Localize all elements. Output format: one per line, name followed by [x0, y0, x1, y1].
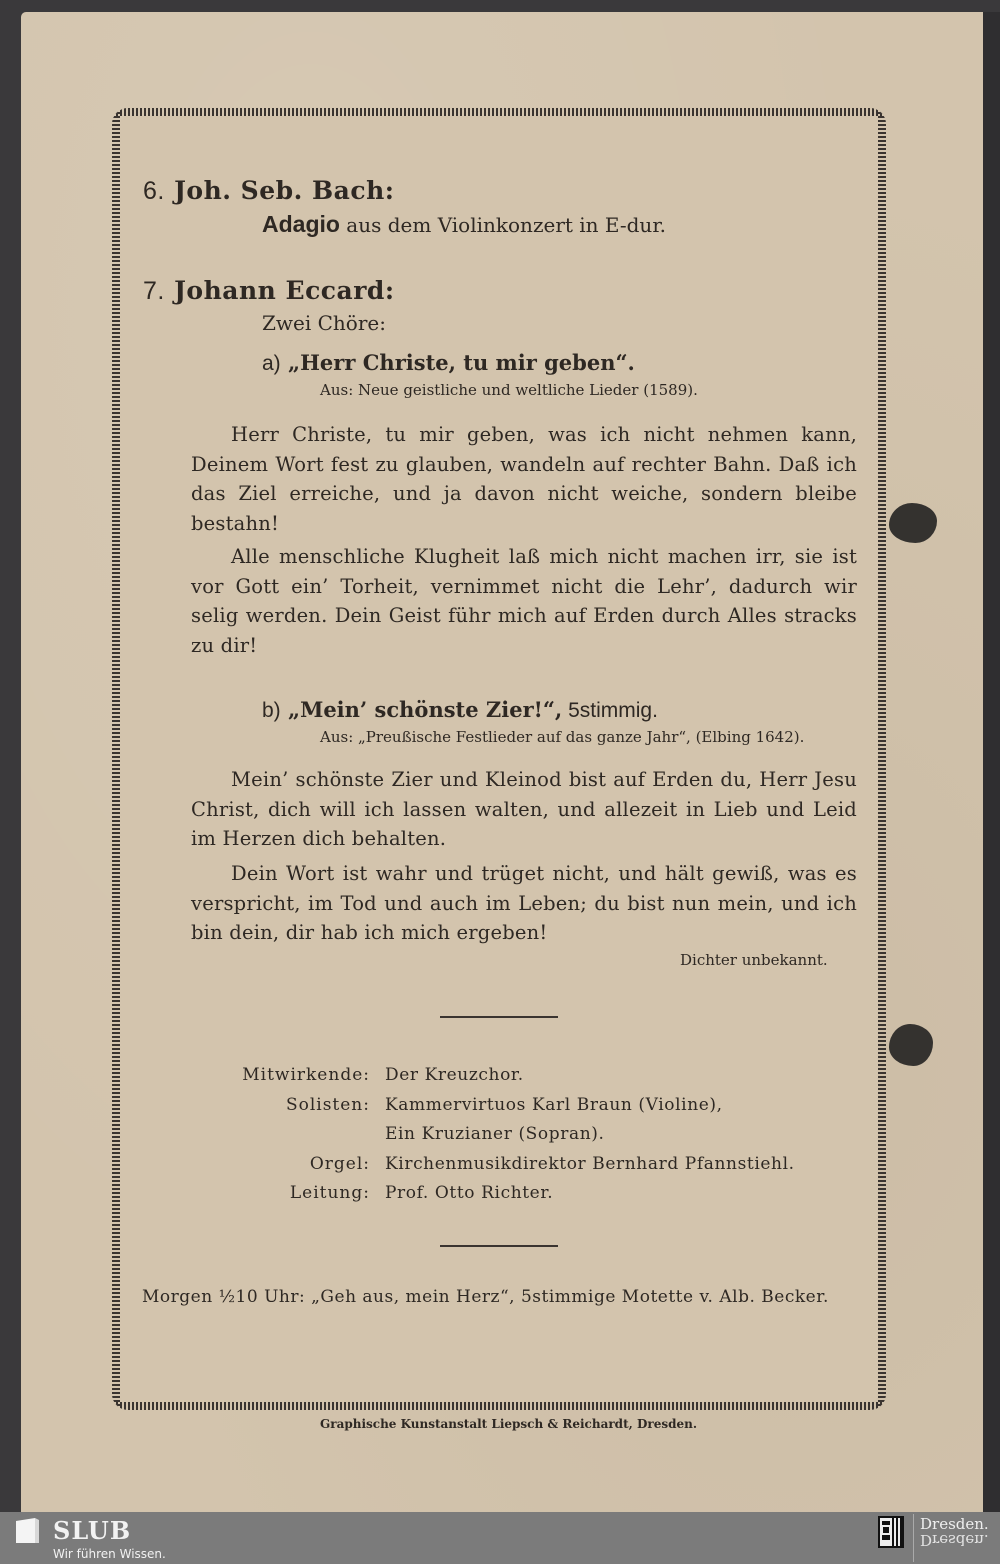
- credit-label-organ: Orgel:: [190, 1154, 370, 1174]
- scan-edge: [983, 12, 1000, 1512]
- item-number: 7.: [143, 277, 165, 305]
- slub-book-icon[interactable]: [13, 1516, 40, 1546]
- song-b-label: b): [262, 699, 281, 722]
- punch-hole: [889, 503, 937, 543]
- song-a-verse-2: Alle menschliche Klugheit laß mich nicht…: [191, 542, 857, 660]
- announcement-text: „Geh aus, mein Herz“, 5stimmige Motette …: [311, 1287, 829, 1307]
- program-item-6-work: Adagio aus dem Violinkonzert in E-dur.: [262, 211, 666, 238]
- item-number: 6.: [143, 177, 165, 205]
- work-description: aus dem Violinkonzert in E-dur.: [340, 213, 666, 237]
- divider: [440, 1016, 558, 1018]
- next-day-announcement: Morgen ½10 Uhr: „Geh aus, mein Herz“, 5s…: [142, 1287, 829, 1307]
- dresden-crest-icon[interactable]: [878, 1516, 904, 1548]
- punch-hole: [889, 1024, 933, 1066]
- program-item-6-heading: 6. Joh. Seb. Bach:: [143, 176, 394, 206]
- credit-value-conductor: Prof. Otto Richter.: [385, 1183, 553, 1203]
- song-a-source: Aus: Neue geistliche und weltliche Liede…: [320, 381, 698, 399]
- dresden-logo-reflection: Dresden.: [920, 1531, 989, 1549]
- song-b-verse-2: Dein Wort ist wahr und trüget nicht, und…: [191, 859, 857, 948]
- printer-credit: Graphische Kunstanstalt Liepsch & Reicha…: [320, 1417, 697, 1431]
- credit-value-soloist-1: Kammervirtuos Karl Braun (Violine),: [385, 1095, 723, 1115]
- song-b-verse-1: Mein’ schönste Zier und Kleinod bist auf…: [191, 765, 857, 854]
- credit-label-soloists: Solisten:: [190, 1095, 370, 1115]
- program-item-7-heading: 7. Johann Eccard:: [143, 276, 395, 306]
- work-title: Adagio: [262, 211, 340, 237]
- slub-logo-text[interactable]: SLUB: [53, 1516, 131, 1545]
- divider: [440, 1245, 558, 1247]
- credit-label-conductor: Leitung:: [190, 1183, 370, 1203]
- song-a-title: a) „Herr Christe, tu mir geben“.: [262, 350, 635, 376]
- announcement-time: Morgen ½10 Uhr:: [142, 1287, 305, 1307]
- credit-label-performers: Mitwirkende:: [190, 1065, 370, 1085]
- composer-name: Johann Eccard:: [174, 276, 395, 305]
- composer-name: Joh. Seb. Bach:: [174, 176, 394, 205]
- credit-value-soloist-2: Ein Kruzianer (Sopran).: [385, 1124, 605, 1144]
- song-b-title: b) „Mein’ schönste Zier!“, 5stimmig.: [262, 697, 658, 723]
- song-b-voices: 5stimmig.: [562, 699, 658, 722]
- frame-interior: [120, 116, 878, 1402]
- poet-attribution: Dichter unbekannt.: [680, 951, 828, 969]
- song-a-verse-1: Herr Christe, tu mir geben, was ich nich…: [191, 420, 857, 538]
- song-a-label: a): [262, 352, 281, 375]
- song-b-source: Aus: „Preußische Festlieder auf das ganz…: [320, 728, 804, 746]
- program-item-7-subtitle: Zwei Chöre:: [262, 311, 386, 335]
- credit-value-performers: Der Kreuzchor.: [385, 1065, 524, 1085]
- song-a-name: „Herr Christe, tu mir geben“.: [288, 350, 635, 375]
- footer-separator: [913, 1514, 914, 1562]
- slub-tagline: Wir führen Wissen.: [53, 1547, 166, 1561]
- song-b-name: „Mein’ schönste Zier!“,: [288, 697, 562, 722]
- credit-value-organ: Kirchenmusikdirektor Bernhard Pfannstieh…: [385, 1154, 795, 1174]
